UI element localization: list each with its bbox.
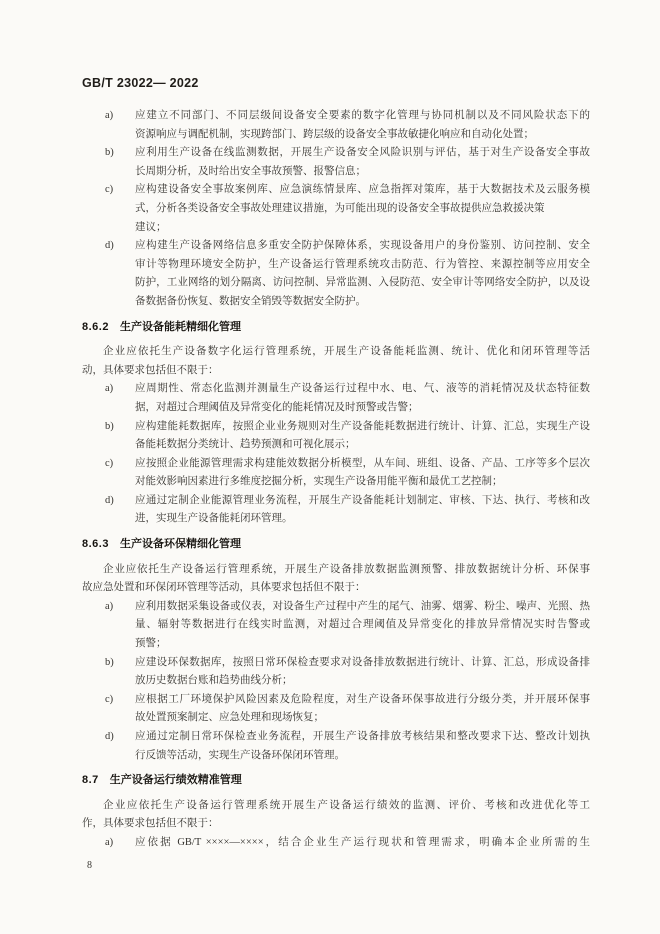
text-line: 应利用数据采集设备或仪表，对设备生产过程中产生的尾气、油雾、烟雾、粉尘、噪声、光… [135,598,590,617]
list-item: d) 应通过定制日常环保检查业务流程，开展生产设备排放考核结果和整改要求下达、整… [82,728,590,765]
section-title: 生产设备运行绩效精准管理 [110,774,242,786]
requirement-list-862: a) 应周期性、常态化监测并测量生产设备运行过程中水、电、气、液等的消耗情况及状… [82,380,590,529]
list-item: a) 应建立不同部门、不同层级间设备安全要素的数字化管理与协同机制以及不同风险状… [82,107,590,144]
list-item-marker: a) [105,598,113,617]
text-line: 企业应依托生产设备数字化运行管理系统，开展生产设备能耗监测、统计、优化和闭环管理… [82,343,590,362]
text-line: 应建立不同部门、不同层级间设备安全要素的数字化管理与协同机制以及不同风险状态下的 [135,107,590,126]
requirement-list-87: a) 应依据 GB/T ××××—××××，结合企业生产运行现状和管理需求，明确… [82,834,590,853]
section-title: 生产设备环保精细化管理 [120,538,241,550]
section-title: 生产设备能耗精细化管理 [120,321,241,333]
text-line: 量、辐射等数据进行在线实时监测，对超过合理阈值及异常变化的排放异常情况实时告警或 [135,616,590,635]
list-item-marker: a) [105,107,113,126]
text-line: 长周期分析，及时给出安全事故预警、报警信息； [135,163,590,182]
list-item-marker: c) [105,691,113,710]
text-line: 应构建能耗数据库，按照企业业务规则对生产设备能耗数据进行统计、计算、汇总，实现生… [135,418,590,437]
list-item: c) 应根据工厂环境保护风险因素及危险程度，对生产设备环保事故进行分级分类，并开… [82,691,590,728]
list-item-marker: d) [105,492,114,511]
text-line: 企业应依托生产设备运行管理系统，开展生产设备排放数据监测预警、排放数据统计分析、… [82,561,590,580]
list-item: a) 应利用数据采集设备或仪表，对设备生产过程中产生的尾气、油雾、烟雾、粉尘、噪… [82,598,590,654]
list-item: b) 应建设环保数据库，按照日常环保检查要求对设备排放数据进行统计、计算、汇总，… [82,654,590,691]
text-line: 防护，工业网络的划分隔离、访问控制、异常监测、入侵防范、安全审计等网络安全防护，… [135,274,590,293]
section-intro: 企业应依托生产设备数字化运行管理系统，开展生产设备能耗监测、统计、优化和闭环管理… [82,343,590,380]
text-line: 备数据备份恢复、数据安全销毁等数据安全防护。 [135,293,590,312]
text-line: 应按照企业能源管理需求构建能效数据分析模型，从车间、班组、设备、产品、工序等多个… [135,455,590,474]
list-item: a) 应周期性、常态化监测并测量生产设备运行过程中水、电、气、液等的消耗情况及状… [82,380,590,417]
list-item-marker: d) [105,237,114,256]
list-item: b) 应构建能耗数据库，按照企业业务规则对生产设备能耗数据进行统计、计算、汇总，… [82,418,590,455]
text-line: 企业应依托生产设备运行管理系统开展生产设备运行绩效的监测、评价、考核和改进优化等… [82,797,590,816]
requirement-list-861: a) 应建立不同部门、不同层级间设备安全要素的数字化管理与协同机制以及不同风险状… [82,107,590,312]
section-heading-87: 8.7生产设备运行绩效精准管理 [82,771,590,790]
text-line: 故应急处置和环保闭环管理等活动，具体要求包括但不限于： [82,579,590,598]
list-item: a) 应依据 GB/T ××××—××××，结合企业生产运行现状和管理需求，明确… [82,834,590,853]
text-line: 应利用生产设备在线监测数据，开展生产设备安全风险识别与评估，基于对生产设备安全事… [135,144,590,163]
text-line: 进，实现生产设备能耗闭环管理。 [135,510,590,529]
section-heading-862: 8.6.2生产设备能耗精细化管理 [82,318,590,337]
text-line: 审计等物理环境安全防护，生产设备运行管理系统攻击防范、行为管控、来源控制等应用安… [135,256,590,275]
section-intro: 企业应依托生产设备运行管理系统，开展生产设备排放数据监测预警、排放数据统计分析、… [82,561,590,598]
text-line: 资源响应与调配机制，实现跨部门、跨层级的设备安全事故敏捷化响应和自动化处置； [135,126,590,145]
text-line: 应建设环保数据库，按照日常环保检查要求对设备排放数据进行统计、计算、汇总，形成设… [135,654,590,673]
list-item-marker: c) [105,181,113,200]
page-number: 8 [87,860,92,872]
list-item: c) 应按照企业能源管理需求构建能效数据分析模型，从车间、班组、设备、产品、工序… [82,455,590,492]
section-heading-863: 8.6.3生产设备环保精细化管理 [82,535,590,554]
section-number: 8.7 [82,774,99,786]
text-line: 应通过定制日常环保检查业务流程，开展生产设备排放考核结果和整改要求下达、整改计划… [135,728,590,747]
text-line: 故处置预案制定、应急处理和现场恢复； [135,709,590,728]
list-item-marker: a) [105,834,113,853]
text-line: 建议； [135,219,590,238]
text-line: 对能效影响因素进行多维度挖掘分析，实现生产设备用能平衡和最优工艺控制； [135,473,590,492]
list-item-marker: b) [105,144,114,163]
text-line: 预警； [135,635,590,654]
section-number: 8.6.2 [82,321,109,333]
standard-number-header: GB/T 23022— 2022 [82,76,590,91]
text-line: 应依据 GB/T ××××—××××，结合企业生产运行现状和管理需求，明确本企业… [135,834,590,853]
text-line: 应构建生产设备网络信息多重安全防护保障体系，实现设备用户的身份鉴别、访问控制、安… [135,237,590,256]
list-item-marker: a) [105,380,113,399]
list-item: d) 应构建生产设备网络信息多重安全防护保障体系，实现设备用户的身份鉴别、访问控… [82,237,590,311]
list-item: c) 应构建设备安全事故案例库、应急演练情景库、应急指挥对策库，基于大数据技术及… [82,181,590,237]
text-line: 应周期性、常态化监测并测量生产设备运行过程中水、电、气、液等的消耗情况及状态特征… [135,380,590,399]
text-line: 放历史数据台账和趋势曲线分析； [135,672,590,691]
text-line: 应根据工厂环境保护风险因素及危险程度，对生产设备环保事故进行分级分类，并开展环保… [135,691,590,710]
text-line: 动，具体要求包括但不限于： [82,362,590,381]
text-line: 应构建设备安全事故案例库、应急演练情景库、应急指挥对策库，基于大数据技术及云服务… [135,181,590,200]
text-line: 式，分析各类设备安全事故处理建议措施，为可能出现的设备安全事故提供应急救援决策 [135,200,590,219]
section-number: 8.6.3 [82,538,109,550]
text-line: 据，对超过合理阈值及异常变化的能耗情况及时预警或告警； [135,399,590,418]
list-item: b) 应利用生产设备在线监测数据，开展生产设备安全风险识别与评估，基于对生产设备… [82,144,590,181]
text-line: 作，具体要求包括但不限于： [82,815,590,834]
section-intro: 企业应依托生产设备运行管理系统开展生产设备运行绩效的监测、评价、考核和改进优化等… [82,797,590,834]
list-item-marker: b) [105,654,114,673]
list-item: d) 应通过定制企业能源管理业务流程，开展生产设备能耗计划制定、审核、下达、执行… [82,492,590,529]
text-line: 行反馈等活动，实现生产设备环保闭环管理。 [135,747,590,766]
list-item-marker: b) [105,418,114,437]
text-line: 备能耗数据分类统计、趋势预测和可视化展示； [135,436,590,455]
text-line: 应通过定制企业能源管理业务流程，开展生产设备能耗计划制定、审核、下达、执行、考核… [135,492,590,511]
requirement-list-863: a) 应利用数据采集设备或仪表，对设备生产过程中产生的尾气、油雾、烟雾、粉尘、噪… [82,598,590,765]
document-page: GB/T 23022— 2022 a) 应建立不同部门、不同层级间设备安全要素的… [0,0,660,934]
page-content: GB/T 23022— 2022 a) 应建立不同部门、不同层级间设备安全要素的… [0,0,660,853]
list-item-marker: d) [105,728,114,747]
list-item-marker: c) [105,455,113,474]
